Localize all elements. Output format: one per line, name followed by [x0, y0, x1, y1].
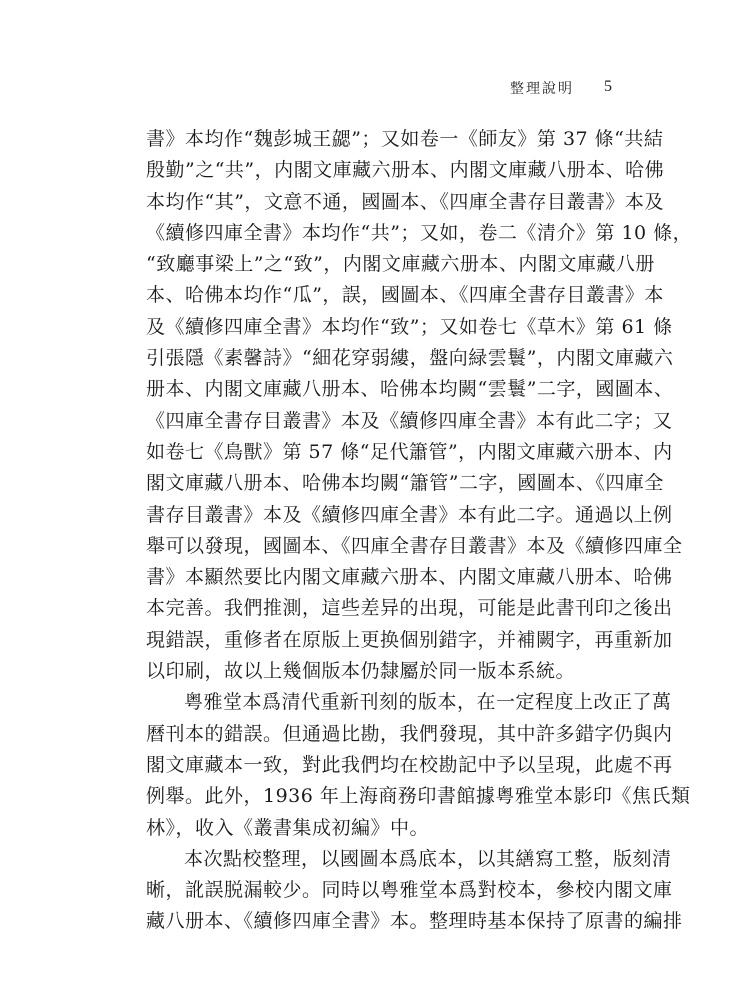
text-line: 《四庫全書存目叢書》本及《續修四庫全書》本有此二字；又 — [146, 406, 616, 437]
text-line: 曆刊本的錯誤。但通過比勘，我們發現，其中許多錯字仍與内 — [146, 719, 616, 750]
text-line: 藏八册本、《續修四庫全書》本。整理時基本保持了原書的編排 — [146, 906, 616, 937]
text-line: 書》本均作“魏彭城王勰”；又如卷一《師友》第 37 條“共結 — [146, 124, 616, 155]
text-line: 書》本顯然要比内閣文庫藏六册本、内閣文庫藏八册本、哈佛 — [146, 562, 616, 593]
text-line: 殷勤”之“共”，内閣文庫藏六册本、内閣文庫藏八册本、哈佛 — [146, 155, 616, 186]
text-line: 例舉。此外，1936 年上海商務印書館據粤雅堂本影印《焦氏類 — [146, 781, 616, 812]
body-text: 書》本均作“魏彭城王勰”；又如卷一《師友》第 37 條“共結殷勤”之“共”，内閣… — [146, 124, 616, 938]
text-line: “致廳事梁上”之“致”，内閣文庫藏六册本、内閣文庫藏八册 — [146, 249, 616, 280]
page-number: 5 — [604, 78, 612, 96]
text-line: 本、哈佛本均作“瓜”，誤，國圖本、《四庫全書存目叢書》本 — [146, 280, 616, 311]
text-line: 舉可以發現，國圖本、《四庫全書存目叢書》本及《續修四庫全 — [146, 531, 616, 562]
text-line: 册本、内閣文庫藏八册本、哈佛本均闕“雲鬟”二字，國圖本、 — [146, 374, 616, 405]
text-line: 本完善。我們推測，這些差异的出現，可能是此書刊印之後出 — [146, 593, 616, 624]
text-line: 《續修四庫全書》本均作“共”；又如，卷二《清介》第 10 條， — [146, 218, 616, 249]
text-line: 書存目叢書》本及《續修四庫全書》本有此二字。通過以上例 — [146, 500, 616, 531]
text-line: 閣文庫藏本一致，對此我們均在校勘記中予以呈現，此處不再 — [146, 750, 616, 781]
text-line: 林》，收入《叢書集成初編》中。 — [146, 813, 616, 844]
text-line: 晰，訛誤脱漏較少。同時以粤雅堂本爲對校本，參校内閣文庫 — [146, 875, 616, 906]
text-line: 本次點校整理，以國圖本爲底本，以其繕寫工整，版刻清 — [146, 844, 616, 875]
text-line: 粤雅堂本爲清代重新刊刻的版本，在一定程度上改正了萬 — [146, 687, 616, 718]
text-line: 現錯誤，重修者在原版上更换個别錯字，并補闕字，再重新加 — [146, 625, 616, 656]
text-line: 如卷七《鳥獸》第 57 條“足代簫管”，内閣文庫藏六册本、内 — [146, 437, 616, 468]
text-line: 閣文庫藏八册本、哈佛本均闕“簫管”二字，國圖本、《四庫全 — [146, 468, 616, 499]
text-line: 及《續修四庫全書》本均作“致”；又如卷七《草木》第 61 條 — [146, 312, 616, 343]
running-header-title: 整理說明 — [510, 78, 574, 98]
text-line: 引張隱《素馨詩》“細花穿弱縷，盤向緑雲鬟”，内閣文庫藏六 — [146, 343, 616, 374]
running-header: 整理說明 5 — [480, 78, 620, 102]
text-line: 以印刷，故以上幾個版本仍隸屬於同一版本系統。 — [146, 656, 616, 687]
text-line: 本均作“其”，文意不通，國圖本、《四庫全書存目叢書》本及 — [146, 187, 616, 218]
